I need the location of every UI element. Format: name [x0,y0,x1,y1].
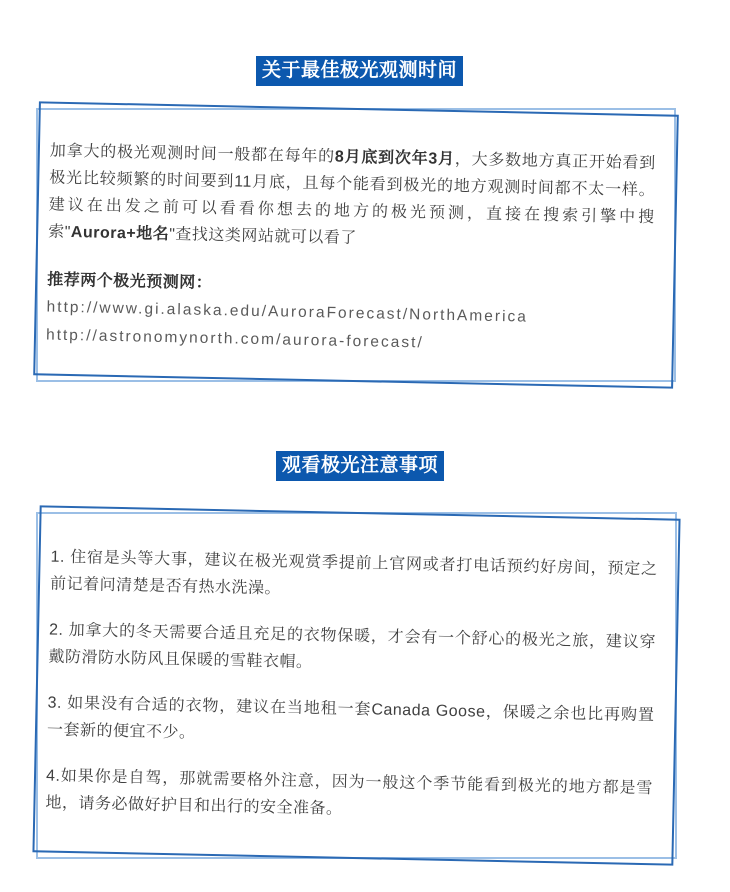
tip-item-2: 2. 加拿大的冬天需要合适且充足的衣物保暖，才会有一个舒心的极光之旅，建议穿戴防… [48,617,656,684]
content-box-tips: 1. 住宿是头等大事，建议在极光观赏季提前上官网或者打电话预约好房间，预定之前记… [32,505,680,865]
tips-content: 1. 住宿是头等大事，建议在极光观赏季提前上官网或者打电话预约好房间，预定之前记… [45,544,658,849]
content-box-aurora-time: 加拿大的极光观测时间一般都在每年的8月底到次年3月，大多数地方真正开始看到极光比… [33,101,679,388]
section-title-banner-tips: 观看极光注意事项 [276,451,444,481]
paragraph-text: 加拿大的极光观测时间一般都在每年的 [50,143,335,166]
section-title-banner-aurora-time: 关于最佳极光观测时间 [256,56,463,86]
tip-item-1: 1. 住宿是头等大事，建议在极光观赏季提前上官网或者打电话预约好房间，预定之前记… [50,544,658,611]
article-page: 关于最佳极光观测时间 加拿大的极光观测时间一般都在每年的8月底到次年3月，大多数… [0,0,730,892]
tip-item-3: 3. 如果没有合适的衣物，建议在当地租一套Canada Goose，保暖之余也比… [47,690,655,757]
tip-item-4: 4.如果你是自驾，那就需要格外注意，因为一般这个季节能看到极光的地方都是雪地，请… [45,763,653,830]
paragraph-bold-aurora-keyword: Aurora+地名 [71,224,170,243]
aurora-time-content: 加拿大的极光观测时间一般都在每年的8月底到次年3月，大多数地方真正开始看到极光比… [46,138,656,363]
paragraph-text: "查找这类网站就可以看了 [169,226,357,247]
paragraph-bold-months: 8月底到次年3月 [335,149,455,169]
aurora-time-paragraph: 加拿大的极光观测时间一般都在每年的8月底到次年3月，大多数地方真正开始看到极光比… [48,138,656,259]
